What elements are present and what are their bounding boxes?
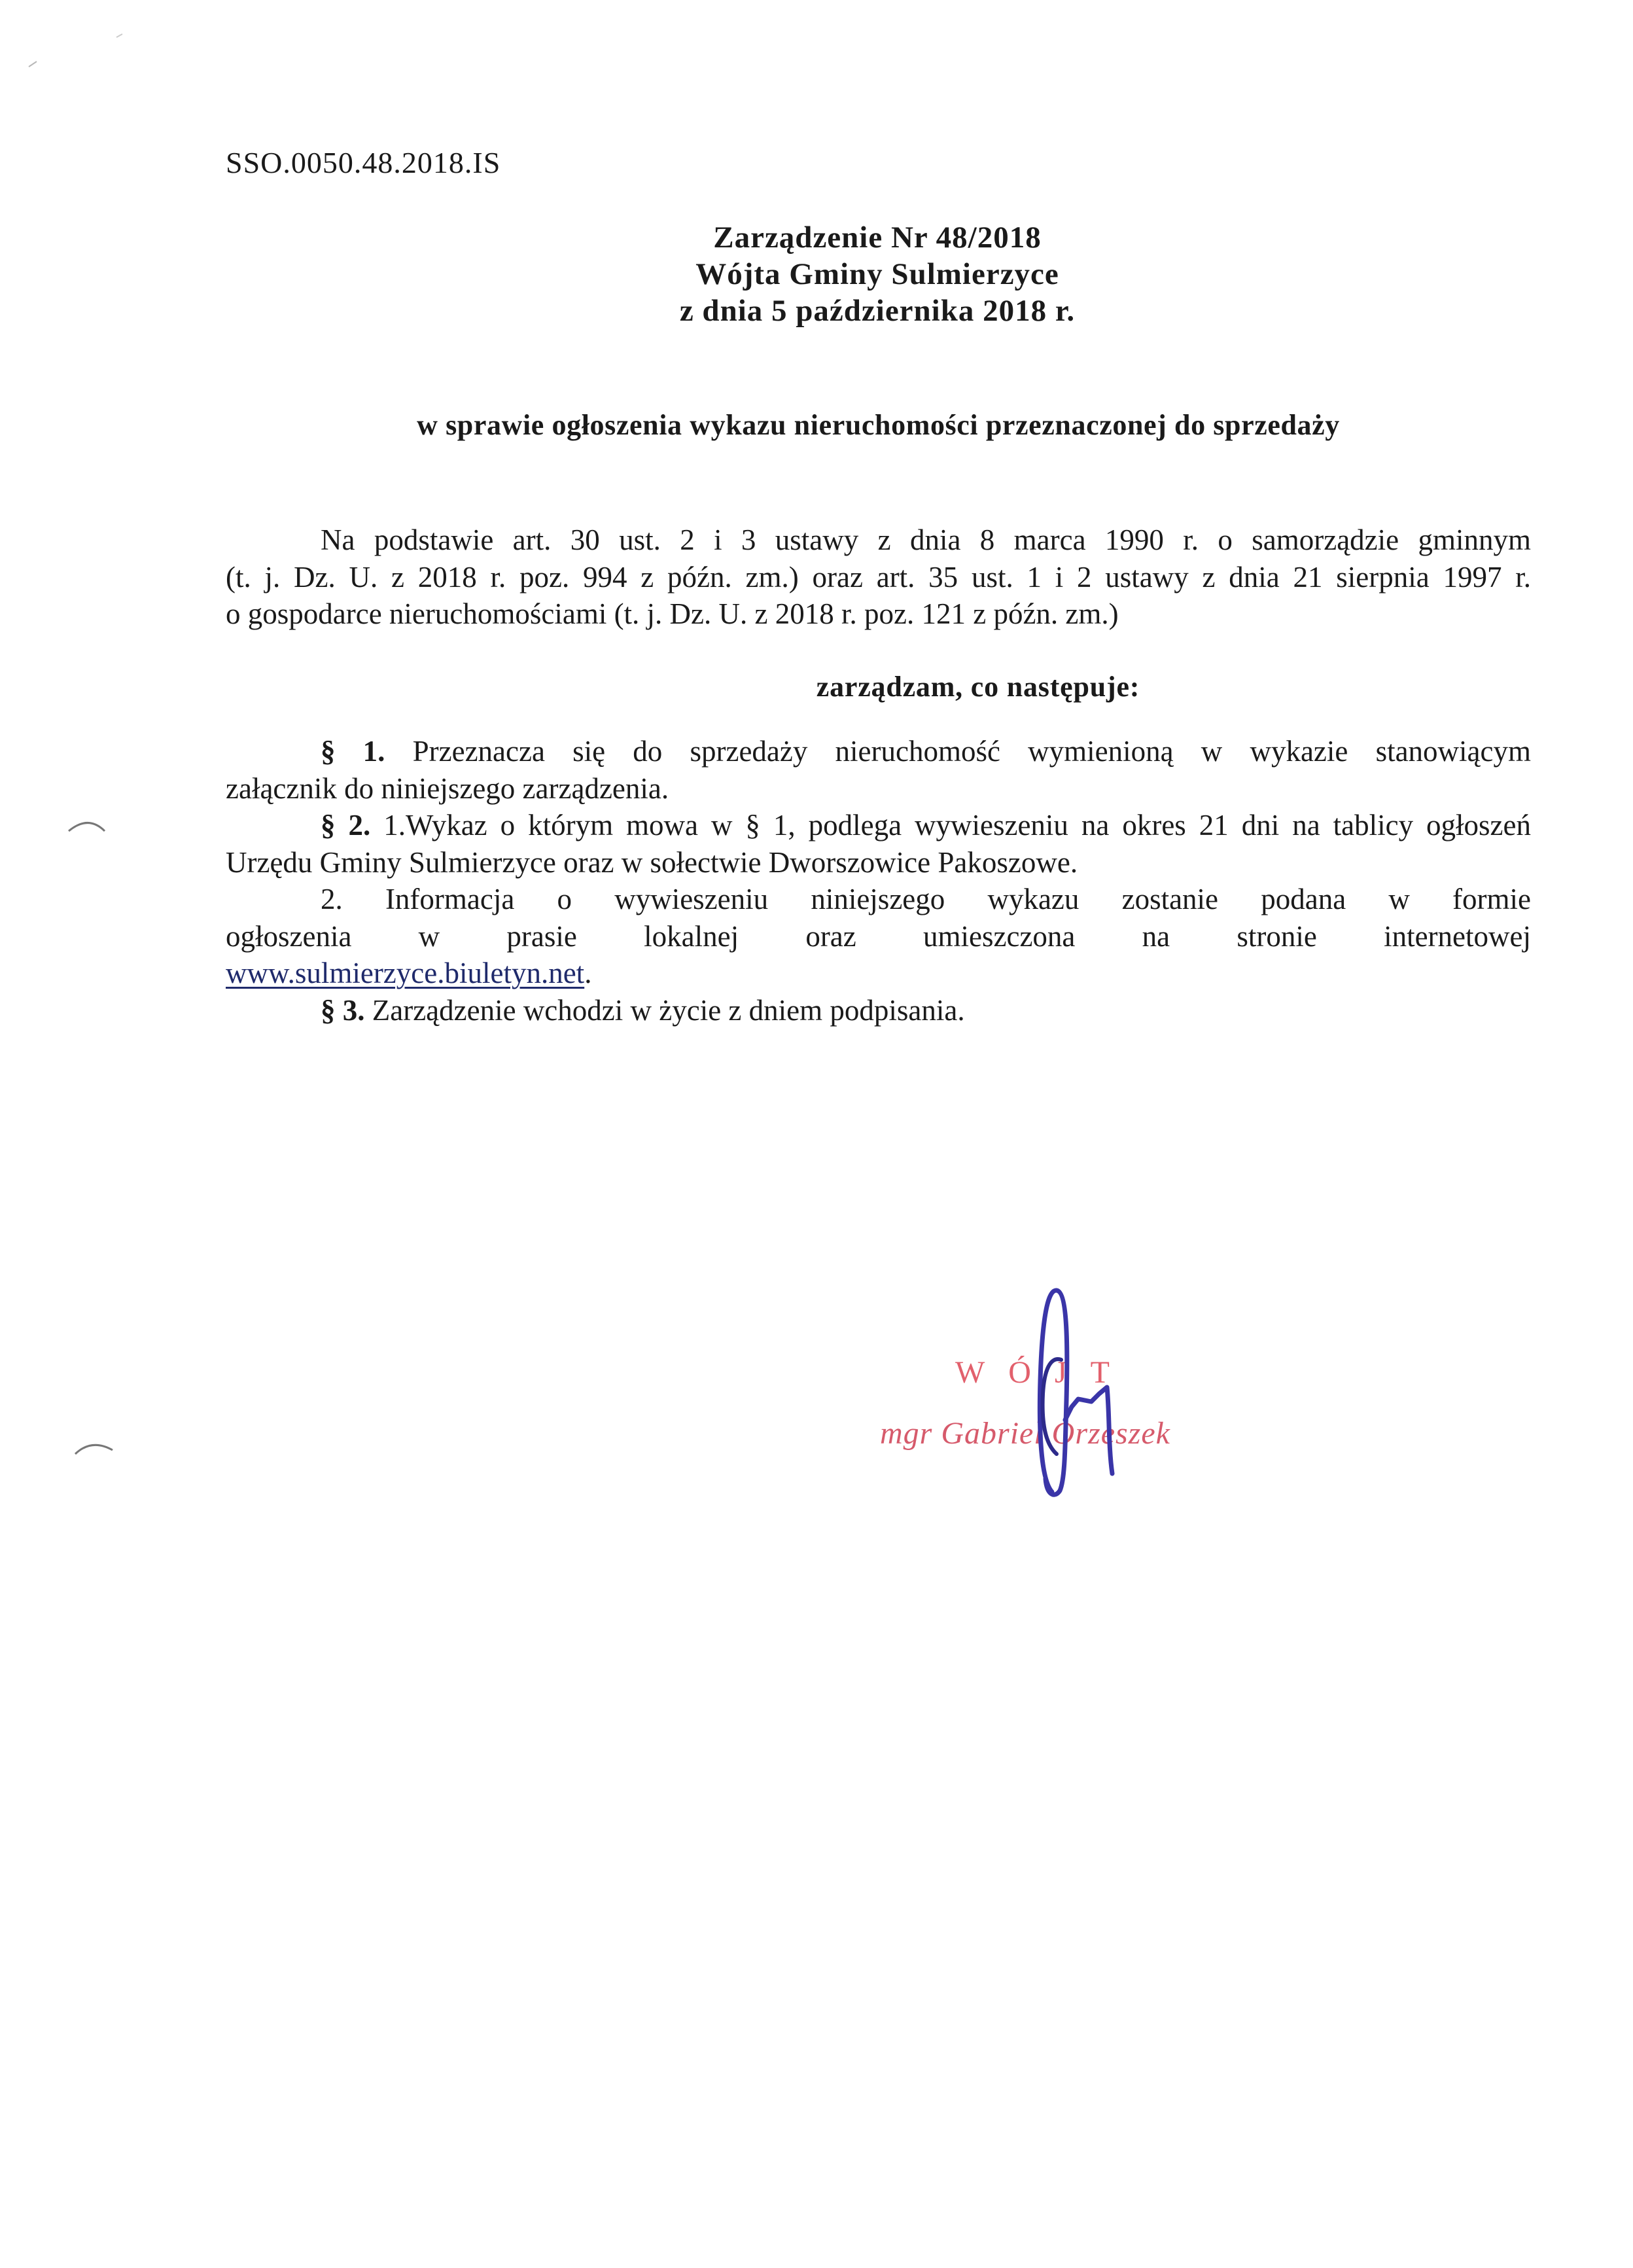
paragraph-2-label: § 2.	[321, 809, 370, 842]
preamble-line: (t. j. Dz. U. z 2018 r. poz. 994 z późn.…	[226, 559, 1531, 596]
punch-hole-mark	[65, 811, 118, 838]
punch-hole-mark	[72, 1433, 124, 1459]
link-trailing-period: .	[584, 957, 591, 989]
scan-speck	[114, 29, 128, 43]
paragraph-2-point-2: 2. Informacja o wywieszeniu niniejszego …	[226, 881, 1531, 918]
title-line: z dnia 5 października 2018 r.	[122, 292, 1633, 329]
paragraph-1-line: załącznik do niniejszego zarządzenia.	[226, 770, 1531, 807]
preamble-line: Na podstawie art. 30 ust. 2 i 3 ustawy z…	[226, 522, 1531, 559]
paragraph-1-label: § 1.	[321, 735, 385, 768]
bip-website-link[interactable]: www.sulmierzyce.biuletyn.net	[226, 957, 584, 989]
paragraph-1-line: § 1. Przeznacza się do sprzedaży nieruch…	[226, 733, 1531, 770]
document-reference-number: SSO.0050.48.2018.IS	[226, 145, 500, 180]
document-page: SSO.0050.48.2018.IS Zarządzenie Nr 48/20…	[0, 0, 1633, 2268]
paragraph-2-point-1: 1.Wykaz o którym mowa w § 1, podlega wyw…	[383, 809, 1531, 842]
decree-paragraphs: § 1. Przeznacza się do sprzedaży nieruch…	[226, 733, 1531, 1029]
legal-basis-preamble: Na podstawie art. 30 ust. 2 i 3 ustawy z…	[226, 522, 1531, 633]
paragraph-3-line: § 3. Zarządzenie wchodzi w życie z dniem…	[226, 992, 1531, 1029]
title-line: Zarządzenie Nr 48/2018	[122, 219, 1633, 256]
decree-heading: zarządzam, co następuje:	[226, 669, 1633, 706]
preamble-line: o gospodarce nieruchomościami (t. j. Dz.…	[226, 595, 1531, 633]
document-title: Zarządzenie Nr 48/2018 Wójta Gminy Sulmi…	[0, 219, 1633, 329]
document-subject: w sprawie ogłoszenia wykazu nieruchomośc…	[226, 408, 1531, 442]
paragraph-2-line: www.sulmierzyce.biuletyn.net.	[226, 955, 1531, 992]
handwritten-signature	[1021, 1283, 1132, 1498]
paragraph-2-line: ogłoszenia w prasie lokalnej oraz umiesz…	[226, 918, 1531, 955]
paragraph-3-text: Zarządzenie wchodzi w życie z dniem podp…	[372, 994, 965, 1027]
paragraph-1-text: Przeznacza się do sprzedaży nieruchomość…	[413, 735, 1531, 768]
paragraph-3-label: § 3.	[321, 994, 365, 1027]
paragraph-2-line: § 2. 1.Wykaz o którym mowa w § 1, podleg…	[226, 807, 1531, 844]
paragraph-2-line: Urzędu Gminy Sulmierzyce oraz w sołectwi…	[226, 844, 1531, 881]
scan-speck	[26, 52, 46, 72]
title-line: Wójta Gminy Sulmierzyce	[122, 256, 1633, 292]
